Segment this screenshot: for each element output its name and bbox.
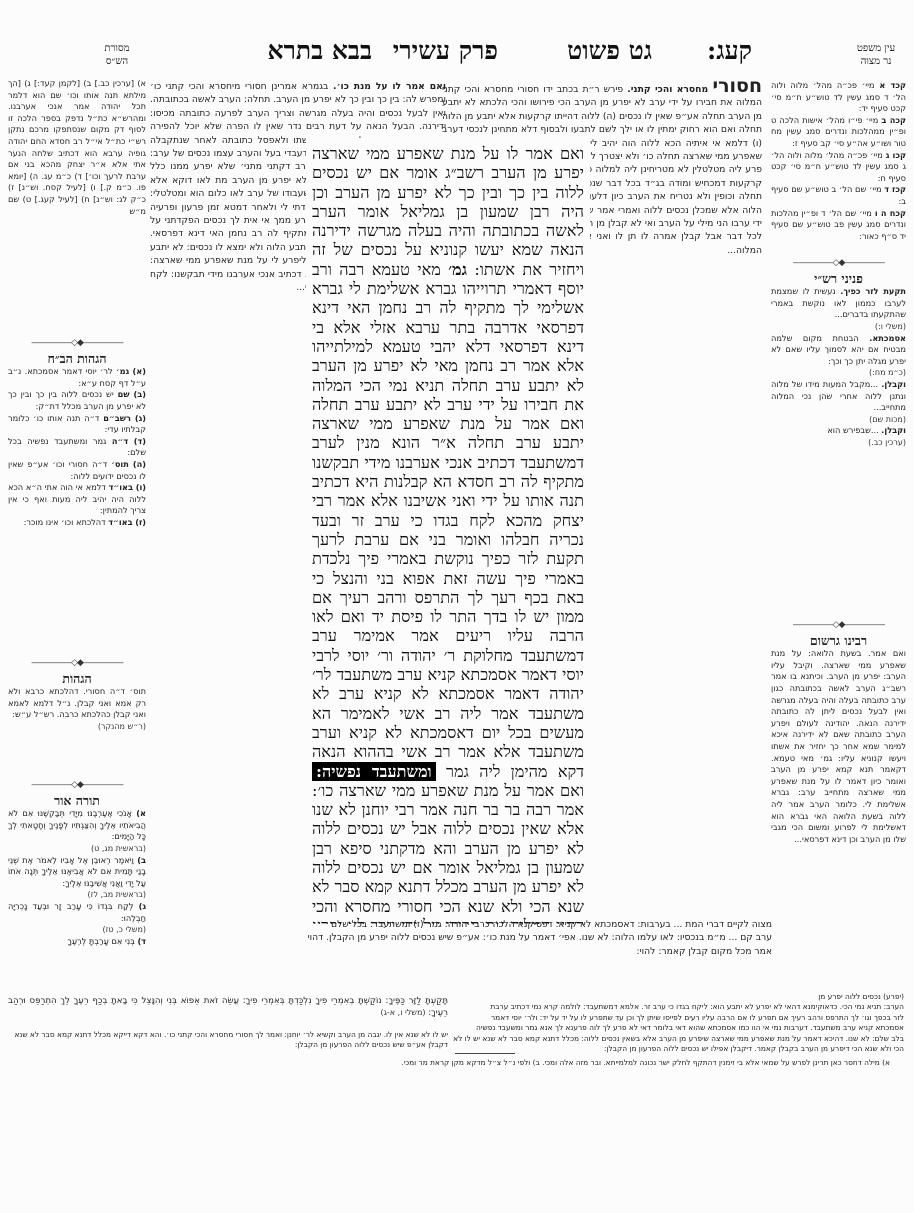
section-title: הגהות הב״ח	[8, 353, 146, 365]
entry-text: דהלכתא וכו׳ אינו מוכר:	[24, 517, 109, 527]
verse-text: לְקַח בִּגְדוֹ כִּי עָרַב זָר וּבְעַד נָ…	[8, 901, 146, 923]
entry-text: ...שבפירש הוא	[827, 425, 881, 435]
entry-number: קכד א	[879, 80, 906, 90]
rabbeinu-gershom-section: רבינו גרשום ואם אמר. בשעת הלואה: על מנת …	[771, 612, 906, 987]
note-line: לזר בכפך וגו׳ לך התרפס ורהב רעיך אם תפרע…	[446, 1013, 904, 1023]
source-ref: (ר״ש מהנקר)	[8, 721, 146, 733]
entry-lead: אסמכתא.	[869, 333, 906, 343]
entry-number: קכז ד	[884, 184, 906, 194]
torah-or-section: תורה אור א) אָנֹכִי אֶעֶרְבֶנּוּ מִיָּדִ…	[8, 772, 146, 1002]
hagahot-text: תוס׳ ד״ה חסורי. דהלכתא כרבא ולא רק אמא ו…	[8, 686, 146, 721]
penini-entry: אסמכתא. הבטחת מקום שלמה מבטיח אם יהא לסמ…	[771, 333, 906, 379]
section-title: רבינו גרשום	[771, 635, 906, 647]
tosafot-lead-word: חסורי	[712, 80, 762, 97]
verse-text: אָנֹכִי אֶעֶרְבֶנּוּ מִיָּדִי תְּבַקְשֶׁ…	[8, 808, 146, 841]
ornament-divider	[8, 780, 146, 792]
entry-mark: (ו)	[136, 482, 146, 492]
entry-mark: (ד)	[134, 436, 146, 446]
bach-entry: (ג) רשב״ם ד״ה תנה אותו כו׳ כלומר קבלתיו …	[8, 413, 146, 436]
hagahot-habach-section: הגהות הב״ח (א) גמ׳ לר׳ יוסי דאמר אסמכתא.…	[8, 330, 146, 645]
source-ref: (ערכין כב.)	[771, 437, 906, 449]
entry-mark: ד)	[137, 936, 146, 946]
note-line: אסמכתא קניא ערב משתעבד. דערבות נמי אי הו…	[446, 1023, 904, 1033]
ornament-divider	[771, 620, 906, 632]
section-title: הגהות	[8, 673, 146, 685]
entry-number: קכו ג	[886, 150, 906, 160]
chapter-name: גט פשוט	[567, 36, 652, 66]
folio-number: קעג:	[707, 36, 752, 66]
commentary-line: מצוה לקיים דברי המת ... בערבות: דאסמכתא …	[150, 918, 772, 931]
footnotes: א) מילה דחסר כאן תרינן לפרש על שמאי אלא …	[30, 1058, 890, 1072]
masoret-hashas-column: א) [ערכין כב.] ב) [לקמן קעד:] ג) [הך מיל…	[8, 78, 146, 316]
entry-mark: (ב)	[134, 389, 146, 399]
entry-lead: באו״ד	[109, 482, 133, 492]
footnote-rule	[455, 1053, 515, 1054]
entry-mark: (א)	[133, 366, 146, 376]
entry-mark: א)	[136, 808, 146, 818]
gemara-column: ואם אמר לו על מנת שאפרע ממי שארצה יפרע מ…	[306, 138, 590, 924]
note-line: (יפרע) נכסים ללוה יפרע מן	[446, 992, 904, 1002]
rashi-lead: ואם אמר לו על מנת כו׳.	[333, 81, 446, 92]
mishnah-text: ואם אמר לו על מנת שאפרע ממי שארצה יפרע מ…	[312, 144, 584, 279]
entry-lead: שם	[118, 389, 130, 399]
hagahot-section: הגהות תוס׳ ד״ה חסורי. דהלכתא כרבא ולא רק…	[8, 650, 146, 780]
ein-mishpat-entry: קכד א מיי׳ פכ״ה מהל׳ מלוה ולוה הל׳ ד סמג…	[771, 80, 906, 115]
bach-entry: (ו) באו״ד דלמא אי הוה אתי ה״א הכא ללוה ה…	[8, 482, 146, 517]
source-ref: (משלי כ, טז)	[8, 924, 146, 936]
entry-mark: ב)	[137, 855, 146, 865]
penini-entry: תקעת לזר כפיך. נעשית לו שמצמת לערבו כממו…	[771, 286, 906, 332]
ein-mishpat-entry: קכח ה ו מיי׳ שם הל׳ ד ופ״ין מהלכות ונדרי…	[771, 208, 906, 243]
section-title: תורה אור	[8, 795, 146, 807]
entry-mark: (ה)	[133, 459, 146, 469]
entry-lead: תקעת לזר כפיך.	[840, 286, 906, 296]
tosafot-lead-rest: מחסרא והכי קתני.	[627, 84, 712, 95]
entry-number: קכח ה ו	[875, 208, 906, 218]
ein-mishpat-entry: קכו ג מיי׳ פכ״ה מהל׳ מלוה ולוה הל׳ ג סמג…	[771, 150, 906, 185]
footer-left-notes: יש לו לא שנא אין לו. יגבה מן הערב וקשיא …	[8, 1030, 448, 1054]
entry-mark: (ג)	[135, 413, 146, 423]
ornament-divider	[8, 338, 146, 350]
gemara-text-continued: ואם אמר על מנת שאפרע ממי שארצה כו׳: אמר …	[312, 781, 584, 924]
entry-lead: רשב״ם	[103, 413, 131, 423]
gemara-text: מאי טעמא רבה ורב יוסף דאמרי תרוייהו גברא…	[312, 260, 584, 781]
note-line: הערב: תניא נמי הכי. כדאוקימנא דהאי לא יפ…	[446, 1002, 904, 1012]
entry-mark: (ז)	[135, 517, 146, 527]
torah-or-entry: ב) וַיֹּאמֶר רְאוּבֵן אֶל אָבִיו לֵאמֹר …	[8, 855, 146, 901]
entry-lead: וקבלן.	[881, 379, 906, 389]
bach-entry: (ד) ד״ה גמר ומשתעבד נפשיה בכל שלם:	[8, 436, 146, 459]
footnote-text: א) מילה דחסר כאן תרינן לפרש על שמאי אלא …	[401, 1058, 890, 1067]
chapter-number: פרק עשירי	[393, 36, 498, 66]
verse-text: וַיֹּאמֶר רְאוּבֵן אֶל אָבִיו לֵאמֹר אֶת…	[8, 855, 146, 888]
footer-right-notes: (יפרע) נכסים ללוה יפרע מן הערב: תניא נמי…	[446, 992, 904, 1054]
note-line: דקבלן אע״פ שיש נכסים ללוה הפרעון מן הקבל…	[8, 1040, 448, 1050]
note-line: יש לו לא שנא אין לו. יגבה מן הערב וקשיא …	[8, 1030, 448, 1040]
source-ref: (משלי ו:)	[771, 321, 906, 333]
entry-lead: גמ׳	[116, 366, 129, 376]
entry-lead: תוס׳	[111, 459, 129, 469]
gershom-text: ואם אמר. בשעת הלואה: על מנת שאפרע ממי שא…	[771, 648, 906, 845]
ein-mishpat-entry: קכה ב מיי׳ פי״ו מהל׳ אישות הלכה ט ופ״ין …	[771, 115, 906, 150]
entry-lead: באו״ד	[108, 517, 132, 527]
ornament-divider	[8, 658, 146, 670]
masoret-hashas-label: מסורת הש״ס	[92, 42, 142, 68]
gemara-marker: גמ׳	[448, 260, 467, 279]
note-line: בלב שלם: לא שנו. דהיכא דאמר על מנת שאפרע…	[446, 1034, 904, 1044]
section-title: פניני רש״י	[771, 273, 906, 285]
source-ref: (מכות שם)	[771, 414, 906, 426]
ein-mishpat-entry: קכז ד מיי׳ שם הל׳ ב טוש״ע שם סעיף ב:	[771, 184, 906, 207]
torah-or-entry: א) אָנֹכִי אֶעֶרְבֶנּוּ מִיָּדִי תְּבַקְ…	[8, 808, 146, 854]
source-ref: (בראשית מג, ט)	[8, 843, 146, 855]
bach-entry: (ה) תוס׳ ד״ה חסורי וכו׳ אע״פ שאין לו נכס…	[8, 459, 146, 482]
ein-mishpat-column: קכד א מיי׳ פכ״ה מהל׳ מלוה ולוה הל׳ ד סמג…	[771, 80, 906, 250]
bach-entry: (ב) שם יש נכסים ללוה בין כך ובין כך לא י…	[8, 389, 146, 412]
commentary-line: אמר מכל מקום קבלן קאמר: להוי:	[150, 945, 772, 958]
entry-lead: וקבלן.	[881, 425, 906, 435]
entry-lead: ד״ה	[112, 436, 128, 446]
below-gemara-lines: מצוה לקיים דברי המת ... בערבות: דאסמכתא …	[150, 918, 772, 978]
entry-number: קכה ב	[881, 115, 906, 125]
penini-rashi-section: פניני רש״י תקעת לזר כפיך. נעשית לו שמצמת…	[771, 250, 906, 570]
footer-torah-or-continuation: תָּקַעְתָּ לַזָּר כַּפֶּיךָ: נוֹקַשְׁתָּ…	[8, 995, 448, 1035]
source-ref: (משלי ו, א-ג)	[380, 1008, 425, 1017]
source-ref: (כ״מ מח:)	[771, 367, 906, 379]
bach-entry: (א) גמ׳ לר׳ יוסי דאמר אסמכתא. נ״ב ע״ל דף…	[8, 366, 146, 389]
source-ref: (בראשית מב, לז)	[8, 889, 146, 901]
ornament-divider	[771, 258, 906, 270]
bach-entry: (ז) באו״ד דהלכתא וכו׳ אינו מוכר:	[8, 517, 146, 529]
tractate-name: בבא בתרא	[268, 36, 372, 66]
highlighted-phrase: ומשתעבד נפשיה:	[312, 762, 436, 781]
torah-or-entry: ג) לְקַח בִּגְדוֹ כִּי עָרַב זָר וּבְעַד…	[8, 901, 146, 936]
verse-text: בְּנִי אִם עָרַבְתָּ לְרֵעֶךָ	[67, 936, 134, 946]
commentary-line: ערב קם ... מ״מ בנכסיו: לאו עלמו הלוה: לא…	[150, 931, 772, 944]
masoret-text: א) [ערכין כב.] ב) [לקמן קעד:] ג) [הך מיל…	[8, 78, 146, 216]
ein-mishpat-label: עין משפט נר מצוה	[846, 42, 906, 68]
entry-mark: ג)	[139, 901, 146, 911]
penini-entry: וקבלן. ...שבפירש הוא(ערכין כב.)	[771, 425, 906, 448]
torah-or-entry: ד) בְּנִי אִם עָרַבְתָּ לְרֵעֶךָ	[8, 936, 146, 948]
penini-entry: וקבלן. ...מקבל המעות מידו של מלוה ונתנן …	[771, 379, 906, 425]
